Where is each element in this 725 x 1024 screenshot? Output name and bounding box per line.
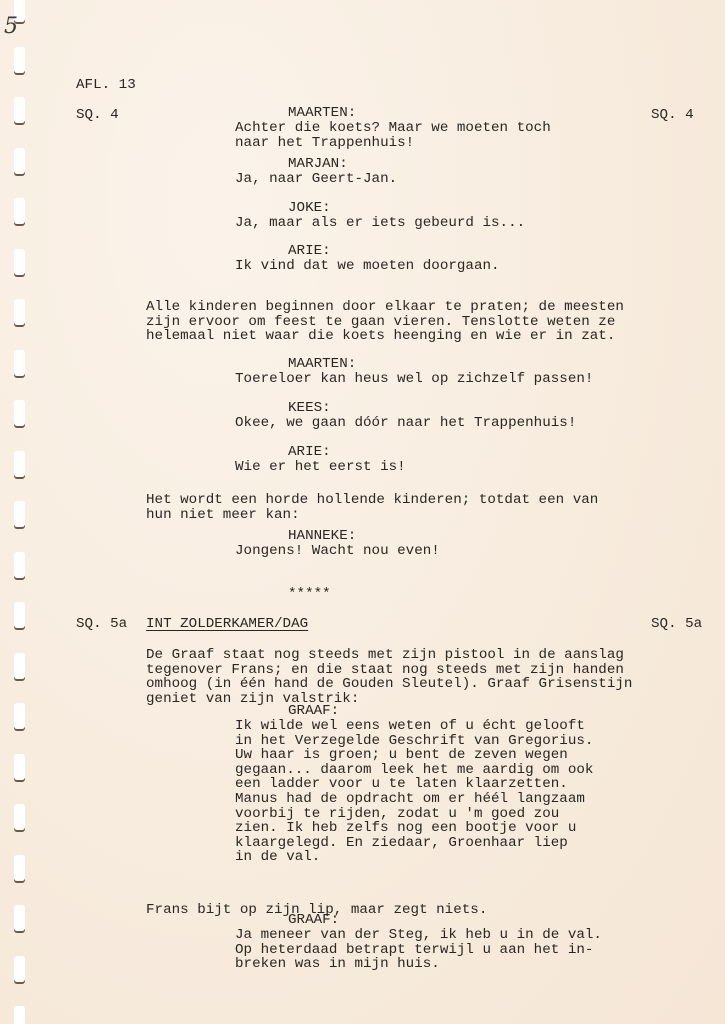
- speaker-name: MAARTEN:: [288, 106, 356, 121]
- speaker-name: HANNEKE:: [288, 529, 356, 544]
- binder-hole: [14, 552, 25, 578]
- speaker-name: GRAAF:: [288, 704, 339, 719]
- dialogue-line: Ik vind dat we moeten doorgaan.: [235, 259, 500, 274]
- action-line: helemaal niet waar die koets heenging en…: [146, 329, 615, 344]
- binder-hole: [14, 97, 25, 123]
- binder-hole: [14, 1006, 25, 1024]
- binder-holes: [14, 0, 28, 1024]
- binder-hole: [14, 249, 25, 275]
- dialogue-line: Ik wilde wel eens weten of u écht geloof…: [235, 719, 585, 734]
- binder-hole: [14, 299, 25, 325]
- dialogue-line: Wie er het eerst is!: [235, 460, 406, 475]
- dialogue-line: in de val.: [235, 850, 320, 865]
- action-line: zijn ervoor om feest te gaan vieren. Ten…: [146, 315, 615, 330]
- speaker-name: ARIE:: [288, 445, 331, 460]
- action-line: De Graaf staat nog steeds met zijn pisto…: [146, 648, 624, 663]
- binder-hole: [14, 855, 25, 881]
- binder-hole: [14, 148, 25, 174]
- dialogue-line: Ja, naar Geert-Jan.: [235, 172, 397, 187]
- speaker-name: ARIE:: [288, 244, 331, 259]
- speaker-name: KEES:: [288, 401, 331, 416]
- dialogue-line: een ladder voor u te laten klaarzetten.: [235, 777, 568, 792]
- scene-number-left: SQ. 5a: [76, 617, 127, 632]
- binder-hole: [14, 400, 25, 426]
- scene-number-left: SQ. 4: [76, 108, 119, 123]
- dialogue-line: naar het Trappenhuis!: [235, 136, 414, 151]
- dialogue-line: Jongens! Wacht nou even!: [235, 544, 440, 559]
- binder-hole: [14, 754, 25, 780]
- action-line: Het wordt een horde hollende kinderen; t…: [146, 493, 598, 508]
- episode-label: AFL. 13: [76, 78, 136, 93]
- binder-hole: [14, 956, 25, 982]
- binder-hole: [14, 905, 25, 931]
- dialogue-line: Achter die koets? Maar we moeten toch: [235, 121, 551, 136]
- scene-separator: *****: [288, 587, 331, 602]
- dialogue-line: Okee, we gaan dóór naar het Trappenhuis!: [235, 416, 576, 431]
- binder-hole: [14, 350, 25, 376]
- scene-number-right: SQ. 4: [651, 108, 694, 123]
- speaker-name: MARJAN:: [288, 157, 348, 172]
- dialogue-line: Uw haar is groen; u bent de zeven wegen: [235, 748, 568, 763]
- action-line: omhoog (in één hand de Gouden Sleutel). …: [146, 677, 632, 692]
- speaker-name: MAARTEN:: [288, 357, 356, 372]
- dialogue-line: Manus had de opdracht om er héél langzaa…: [235, 792, 585, 807]
- speaker-name: GRAAF:: [288, 913, 339, 928]
- dialogue-line: Toereloer kan heus wel op zichzelf passe…: [235, 372, 593, 387]
- handwritten-page-number: 5: [4, 14, 18, 39]
- dialogue-line: Ja meneer van der Steg, ik heb u in de v…: [235, 928, 602, 943]
- binder-hole: [14, 703, 25, 729]
- dialogue-line: voorbij te rijden, zodat u 'm goed zou: [235, 807, 559, 822]
- action-line: tegenover Frans; en die staat nog steeds…: [146, 663, 624, 678]
- dialogue-line: breken was in mijn huis.: [235, 957, 440, 972]
- binder-hole: [14, 804, 25, 830]
- dialogue-line: in het Verzegelde Geschrift van Gregoriu…: [235, 734, 593, 749]
- dialogue-line: gegaan... daarom leek het me aardig om o…: [235, 763, 593, 778]
- binder-hole: [14, 451, 25, 477]
- scene-number-right: SQ. 5a: [651, 617, 702, 632]
- binder-hole: [14, 198, 25, 224]
- binder-hole: [14, 653, 25, 679]
- dialogue-line: zien. Ik heb zelfs nog een bootje voor u: [235, 821, 576, 836]
- dialogue-line: Ja, maar als er iets gebeurd is...: [235, 216, 525, 231]
- binder-hole: [14, 501, 25, 527]
- scene-slugline: INT ZOLDERKAMER/DAG: [146, 617, 308, 632]
- action-line: Alle kinderen beginnen door elkaar te pr…: [146, 300, 624, 315]
- dialogue-line: klaargelegd. En ziedaar, Groenhaar liep: [235, 836, 568, 851]
- speaker-name: JOKE:: [288, 201, 331, 216]
- dialogue-line: Op heterdaad betrapt terwijl u aan het i…: [235, 943, 593, 958]
- action-line: hun niet meer kan:: [146, 508, 300, 523]
- binder-hole: [14, 47, 25, 73]
- binder-hole: [14, 602, 25, 628]
